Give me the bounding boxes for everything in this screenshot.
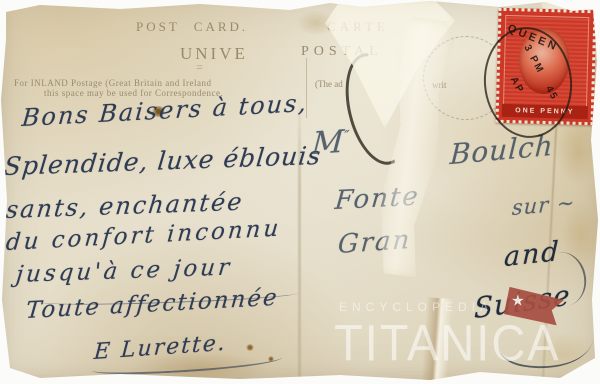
center-crease	[298, 95, 301, 380]
star-icon: ★	[511, 291, 524, 309]
equals-mark: =	[196, 60, 209, 75]
address-recipient-initial: M″	[311, 123, 350, 162]
postcard-photo: POST CARD. UNIVE = CARTE POSTAL For INLA…	[0, 0, 600, 384]
watermark-encyclopedia: ENCYCLOPEDIA	[339, 300, 493, 314]
message-line: Splendide, luxe éblouis	[2, 141, 322, 181]
stain	[246, 344, 254, 351]
message-line: jusqu'à ce jour	[15, 254, 234, 288]
postcard-paper: POST CARD. UNIVE = CARTE POSTAL For INLA…	[0, 0, 600, 384]
address-note-left: (The ad	[315, 79, 343, 89]
watermark-titanica: TITANICA	[334, 313, 561, 372]
universal-label: UNIVE	[180, 44, 248, 64]
stain	[556, 118, 600, 186]
post-card-label: POST CARD.	[136, 19, 248, 35]
inland-note-line1: For INLAND Postage (Great Britain and Ir…	[14, 78, 211, 88]
address-m-superscript: ″	[343, 128, 349, 144]
address-m: M	[311, 124, 345, 162]
